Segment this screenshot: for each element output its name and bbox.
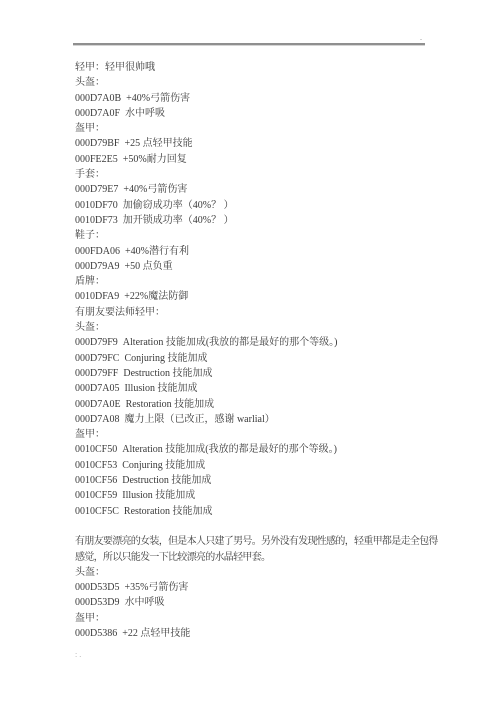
line-text: 手套：: [75, 169, 105, 180]
text-line: 有朋友要漂亮的女装，但是本人只建了男号。另外没有发现性感的，轻重甲都是走全包得: [75, 534, 475, 549]
line-text: +35%弓箭伤害: [124, 582, 188, 593]
item-code: 000D53D5: [75, 582, 119, 593]
line-text: 感觉，所以只能发一下比较漂亮的水晶轻甲套。: [75, 552, 270, 563]
line-text: Conjuring 技能加成: [122, 460, 205, 471]
line-text: 魔力上限（已改正，感谢 warlial）: [124, 414, 274, 425]
item-code: 000D7A0B: [75, 93, 121, 104]
item-entry-line: 0010DF73加开锁成功率（40%？ ）: [75, 213, 475, 228]
item-entry-line: 000D79FFDestruction 技能加成: [75, 366, 475, 381]
item-entry-line: 000FE2E5+50%耐力回复: [75, 152, 475, 167]
text-line: 盔甲：: [75, 121, 475, 136]
line-text: 盔甲：: [75, 613, 105, 624]
line-text: +22 点轻甲技能: [122, 628, 190, 639]
line-text: +50%耐力回复: [123, 154, 187, 165]
item-code: 0010CF50: [75, 444, 117, 455]
line-text: +40%弓箭伤害: [126, 93, 190, 104]
item-code: 000D79FC: [75, 353, 119, 364]
item-code: 0010CF5C: [75, 506, 119, 517]
item-code: 000D7A08: [75, 414, 119, 425]
header-rule: [73, 43, 425, 45]
item-entry-line: 000D7A0F水中呼吸: [75, 106, 475, 121]
line-text: Illusion 技能加成: [122, 490, 195, 501]
header-mark: .: [420, 33, 422, 42]
footer-mark: : .: [75, 650, 81, 659]
text-line: 盾牌：: [75, 274, 475, 289]
line-text: 有朋友要法师轻甲：: [75, 307, 165, 318]
line-text: 有朋友要漂亮的女装，但是本人只建了男号。另外没有发现性感的，轻重甲都是走全包得: [75, 536, 438, 547]
text-line: 手套：: [75, 167, 475, 182]
line-text: +50 点负重: [124, 261, 172, 272]
line-text: 头盔：: [75, 322, 105, 333]
document-page: . 轻甲：轻甲很帅哦头盔：000D7A0B+40%弓箭伤害000D7A0F水中呼…: [0, 0, 500, 708]
line-text: 头盔：: [75, 567, 105, 578]
item-code: 000D79E7: [75, 184, 118, 195]
line-text: 头盔：: [75, 77, 105, 88]
item-entry-line: 000D79A9+50 点负重: [75, 259, 475, 274]
item-code: 0010CF59: [75, 490, 117, 501]
item-entry-line: 000D79BF+25 点轻甲技能: [75, 136, 475, 151]
line-text: 水中呼吸: [125, 108, 165, 119]
item-code: 000D7A05: [75, 383, 119, 394]
item-entry-line: 000D7A0B+40%弓箭伤害: [75, 91, 475, 106]
line-text: +40%弓箭伤害: [123, 184, 187, 195]
text-line: 头盔：: [75, 565, 475, 580]
text-line: 头盔：: [75, 75, 475, 90]
line-text: 盔甲：: [75, 123, 105, 134]
line-text: 加开锁成功率（40%？ ）: [123, 215, 234, 226]
line-text: 盾牌：: [75, 276, 105, 287]
line-text: 加偷窃成功率（40%？ ）: [123, 200, 234, 211]
item-entry-line: 0010CF50Alteration 技能加成(我放的都是最好的那个等级。): [75, 442, 475, 457]
item-code: 000D5386: [75, 628, 117, 639]
item-code: 000D79A9: [75, 261, 119, 272]
line-text: Alteration 技能加成(我放的都是最好的那个等级。): [123, 337, 338, 348]
item-code: 0010DFA9: [75, 291, 119, 302]
text-line: 盔甲：: [75, 427, 475, 442]
item-entry-line: 0010CF59Illusion 技能加成: [75, 488, 475, 503]
item-entry-line: 0010CF5CRestoration 技能加成: [75, 504, 475, 519]
line-text: Restoration 技能加成: [126, 399, 215, 410]
line-text: Destruction 技能加成: [123, 368, 212, 379]
item-entry-line: 000D5386+22 点轻甲技能: [75, 626, 475, 641]
item-code: 000D7A0E: [75, 399, 121, 410]
line-text: 水中呼吸: [124, 597, 164, 608]
item-entry-line: 000D79E7+40%弓箭伤害: [75, 182, 475, 197]
item-code: 000D7A0F: [75, 108, 120, 119]
item-code: 000D53D9: [75, 597, 119, 608]
item-entry-line: 0010CF56Destruction 技能加成: [75, 473, 475, 488]
item-entry-line: 000D53D5+35%弓箭伤害: [75, 580, 475, 595]
line-text: +25 点轻甲技能: [124, 138, 192, 149]
item-code: 0010CF56: [75, 475, 117, 486]
blank-line: [75, 519, 475, 534]
text-line: 轻甲：轻甲很帅哦: [75, 60, 475, 75]
line-text: Conjuring 技能加成: [124, 353, 207, 364]
item-entry-line: 000D79F9Alteration 技能加成(我放的都是最好的那个等级。): [75, 335, 475, 350]
item-entry-line: 000D7A0ERestoration 技能加成: [75, 397, 475, 412]
line-text: 轻甲：轻甲很帅哦: [75, 62, 155, 73]
item-entry-line: 000D79FCConjuring 技能加成: [75, 351, 475, 366]
text-line: 感觉，所以只能发一下比较漂亮的水晶轻甲套。: [75, 550, 475, 565]
item-entry-line: 000FDA06+40%潜行有利: [75, 244, 475, 259]
line-text: +22%魔法防御: [124, 291, 188, 302]
line-text: +40%潜行有利: [125, 246, 189, 257]
item-entry-line: 000D7A05Illusion 技能加成: [75, 381, 475, 396]
line-text: Alteration 技能加成(我放的都是最好的那个等级。): [122, 444, 337, 455]
item-code: 000D79BF: [75, 138, 119, 149]
line-text: 鞋子：: [75, 230, 105, 241]
line-text: Illusion 技能加成: [124, 383, 197, 394]
item-entry-line: 000D53D9水中呼吸: [75, 595, 475, 610]
item-code: 000D79F9: [75, 337, 118, 348]
item-code: 000FDA06: [75, 246, 120, 257]
text-line: 有朋友要法师轻甲：: [75, 305, 475, 320]
item-entry-line: 0010DFA9+22%魔法防御: [75, 289, 475, 304]
item-entry-line: 0010CF53Conjuring 技能加成: [75, 458, 475, 473]
text-line: 盔甲：: [75, 611, 475, 626]
item-entry-line: 0010DF70加偷窃成功率（40%？ ）: [75, 198, 475, 213]
document-body: 轻甲：轻甲很帅哦头盔：000D7A0B+40%弓箭伤害000D7A0F水中呼吸盔…: [75, 60, 475, 641]
item-code: 000FE2E5: [75, 154, 118, 165]
line-text: Restoration 技能加成: [124, 506, 213, 517]
text-line: 头盔：: [75, 320, 475, 335]
text-line: 鞋子：: [75, 228, 475, 243]
item-code: 0010CF53: [75, 460, 117, 471]
item-code: 000D79FF: [75, 368, 118, 379]
item-entry-line: 000D7A08魔力上限（已改正，感谢 warlial）: [75, 412, 475, 427]
item-code: 0010DF73: [75, 215, 118, 226]
item-code: 0010DF70: [75, 200, 118, 211]
line-text: 盔甲：: [75, 429, 105, 440]
line-text: Destruction 技能加成: [122, 475, 211, 486]
